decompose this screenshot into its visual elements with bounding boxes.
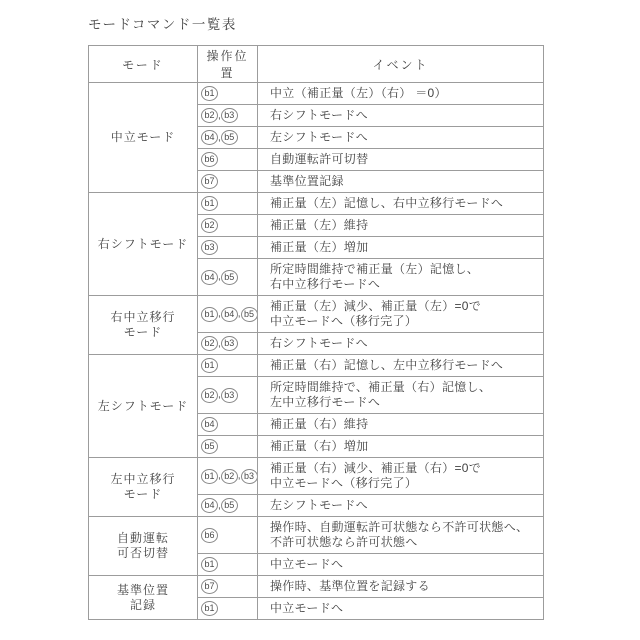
button-position-badge: b3 [221,108,238,123]
button-position-badge: b2 [201,336,218,351]
event-cell: 所定時間維持で、補正量（右）記憶し、 左中立移行モードへ [258,377,544,414]
mode-cell: 右中立移行 モード [89,296,198,355]
button-position-badge: b4 [201,130,218,145]
mode-cell: 左中立移行 モード [89,458,198,517]
mode-cell: 基準位置 記録 [89,576,198,620]
event-cell: 補正量（左）減少、補正量（左）=0で 中立モードへ（移行完了） [258,296,544,333]
mode-command-table: モード 操作位置 イベント 中立モードb1中立（補正量（左）（右） ＝0）b2,… [88,45,544,620]
button-position-badge: b3 [221,388,238,403]
table-row: 基準位置 記録b7操作時、基準位置を記録する [89,576,544,598]
operation-position-cell: b1 [198,83,258,105]
button-position-badge: b1 [201,469,218,484]
document-page: モードコマンド一覧表 モード 操作位置 イベント 中立モードb1中立（補正量（左… [0,0,640,640]
button-position-badge: b1 [201,86,218,101]
event-cell: 右シフトモードへ [258,333,544,355]
button-position-badge: b1 [201,601,218,616]
button-position-badge: b2 [201,388,218,403]
event-cell: 左シフトモードへ [258,495,544,517]
operation-position-cell: b4,b5 [198,127,258,149]
page-title: モードコマンド一覧表 [88,13,237,33]
operation-position-cell: b1 [198,598,258,620]
event-cell: 所定時間維持で補正量（左）記憶し、 右中立移行モードへ [258,259,544,296]
operation-position-cell: b7 [198,576,258,598]
button-position-badge: b5 [201,439,218,454]
button-position-badge: b2 [201,218,218,233]
operation-position-cell: b6 [198,149,258,171]
button-position-badge: b4 [221,307,238,322]
operation-position-cell: b5 [198,436,258,458]
mode-cell: 右シフトモード [89,193,198,296]
table-row: 右シフトモードb1補正量（左）記憶し、右中立移行モードへ [89,193,544,215]
operation-position-cell: b4,b5 [198,495,258,517]
button-position-badge: b1 [201,196,218,211]
table-row: 右中立移行 モードb1,b4,b5補正量（左）減少、補正量（左）=0で 中立モー… [89,296,544,333]
event-cell: 補正量（左）維持 [258,215,544,237]
mode-cell: 中立モード [89,83,198,193]
button-position-badge: b5 [221,130,238,145]
button-position-badge: b6 [201,528,218,543]
event-cell: 自動運転許可切替 [258,149,544,171]
event-cell: 操作時、基準位置を記録する [258,576,544,598]
mode-cell: 自動運転 可否切替 [89,517,198,576]
button-position-badge: b4 [201,417,218,432]
table-row: 中立モードb1中立（補正量（左）（右） ＝0） [89,83,544,105]
table-header-row: モード 操作位置 イベント [89,46,544,83]
column-header-operation-position: 操作位置 [198,46,258,83]
event-cell: 補正量（左）記憶し、右中立移行モードへ [258,193,544,215]
mode-cell: 左シフトモード [89,355,198,458]
event-cell: 操作時、自動運転許可状態なら不許可状態へ、 不許可状態なら許可状態へ [258,517,544,554]
operation-position-cell: b2 [198,215,258,237]
button-position-badge: b7 [201,174,218,189]
button-position-badge: b5 [221,270,238,285]
button-position-badge: b7 [201,579,218,594]
table-row: 左中立移行 モードb1,b2,b3補正量（右）減少、補正量（右）=0で 中立モー… [89,458,544,495]
operation-position-cell: b1,b4,b5 [198,296,258,333]
button-position-badge: b4 [201,270,218,285]
operation-position-cell: b2,b3 [198,105,258,127]
operation-position-cell: b1 [198,554,258,576]
button-position-badge: b2 [201,108,218,123]
button-position-badge: b3 [221,336,238,351]
button-position-badge: b2 [221,469,238,484]
button-position-badge: b1 [201,557,218,572]
button-position-badge: b1 [201,307,218,322]
button-position-badge: b5 [221,498,238,513]
event-cell: 補正量（右）減少、補正量（右）=0で 中立モードへ（移行完了） [258,458,544,495]
operation-position-cell: b7 [198,171,258,193]
event-cell: 補正量（右）維持 [258,414,544,436]
table-body: 中立モードb1中立（補正量（左）（右） ＝0）b2,b3右シフトモードへb4,b… [89,83,544,620]
event-cell: 中立（補正量（左）（右） ＝0） [258,83,544,105]
button-position-badge: b3 [201,240,218,255]
button-position-badge: b5 [241,307,258,322]
button-position-badge: b4 [201,498,218,513]
button-position-badge: b1 [201,358,218,373]
column-header-event: イベント [258,46,544,83]
operation-position-cell: b1,b2,b3 [198,458,258,495]
event-cell: 補正量（左）増加 [258,237,544,259]
table-row: 左シフトモードb1補正量（右）記憶し、左中立移行モードへ [89,355,544,377]
button-position-badge: b3 [241,469,258,484]
event-cell: 基準位置記録 [258,171,544,193]
event-cell: 中立モードへ [258,598,544,620]
button-position-badge: b6 [201,152,218,167]
operation-position-cell: b2,b3 [198,333,258,355]
operation-position-cell: b6 [198,517,258,554]
event-cell: 左シフトモードへ [258,127,544,149]
column-header-mode: モード [89,46,198,83]
operation-position-cell: b4,b5 [198,259,258,296]
event-cell: 右シフトモードへ [258,105,544,127]
operation-position-cell: b4 [198,414,258,436]
table-row: 自動運転 可否切替b6操作時、自動運転許可状態なら不許可状態へ、 不許可状態なら… [89,517,544,554]
event-cell: 補正量（右）記憶し、左中立移行モードへ [258,355,544,377]
operation-position-cell: b1 [198,193,258,215]
event-cell: 中立モードへ [258,554,544,576]
operation-position-cell: b2,b3 [198,377,258,414]
operation-position-cell: b3 [198,237,258,259]
event-cell: 補正量（右）増加 [258,436,544,458]
operation-position-cell: b1 [198,355,258,377]
